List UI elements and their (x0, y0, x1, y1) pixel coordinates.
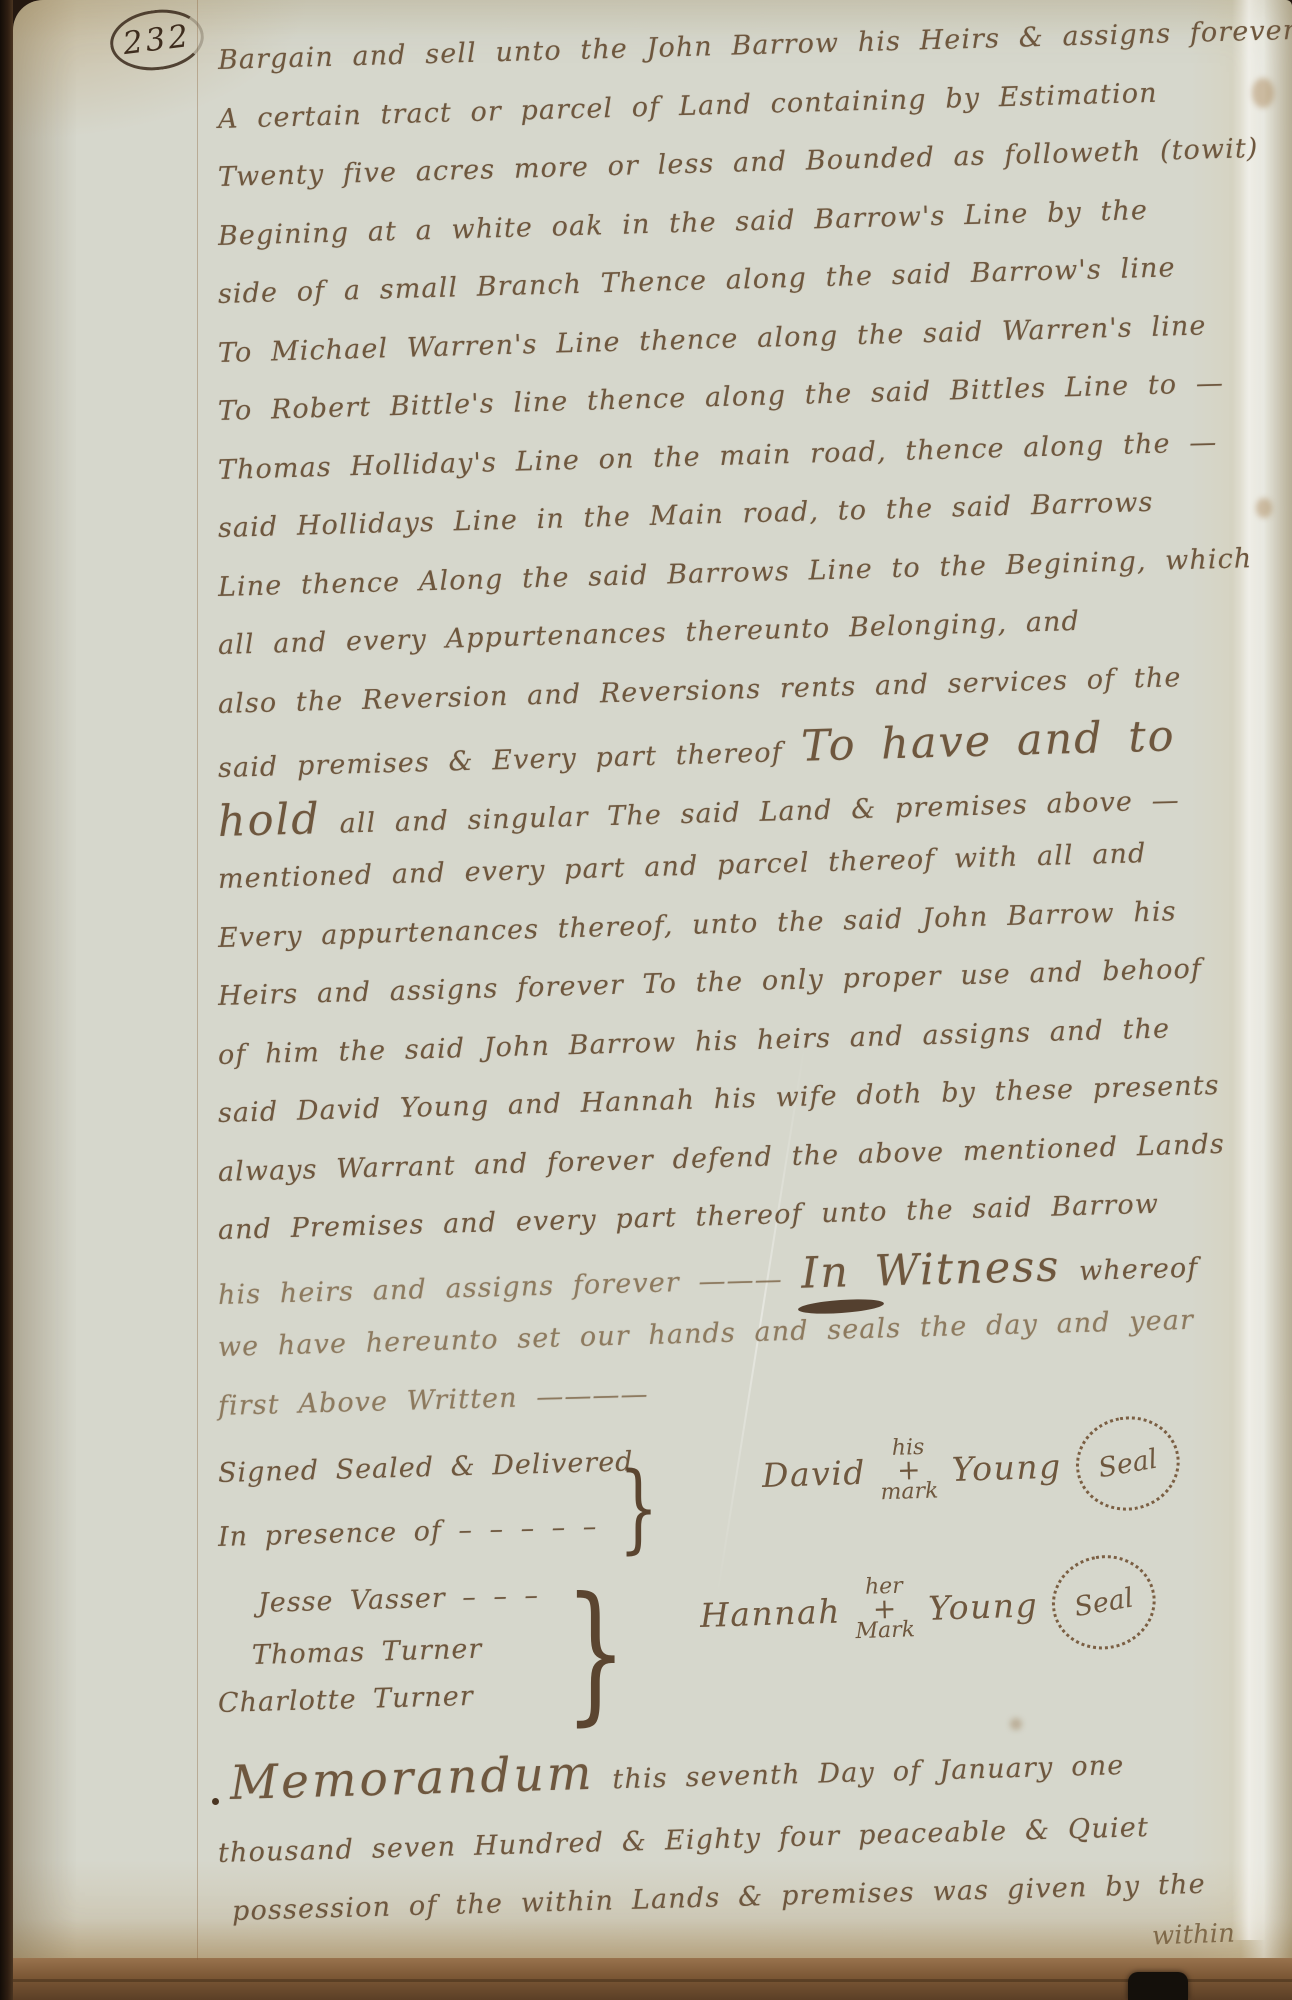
brace-icon: } (619, 1460, 659, 1556)
handwritten-text: whereof (1060, 1252, 1199, 1287)
signer-surname: Young (928, 1585, 1039, 1627)
seal-badge: Seal (1045, 1547, 1163, 1657)
signature-row: Hannah her + Mark Young Seal (699, 1554, 1158, 1662)
catchword: within (1152, 1919, 1236, 1952)
deed-book-page-scan: 232 Bargain and sell unto the John Barro… (0, 0, 1292, 2000)
mark-label: Mark (855, 1619, 915, 1643)
handwritten-text: hold (217, 794, 321, 847)
page-number: 232 (121, 18, 193, 62)
handwritten-text: To have and to (801, 711, 1177, 771)
brace-icon: } (565, 1578, 627, 1728)
ruled-margin-line (197, 0, 198, 1960)
memorandum-heading: Memorandum (229, 1746, 595, 1811)
signature-row: David his + mark Young Seal (761, 1415, 1181, 1522)
handwritten-text: In Witness (801, 1241, 1061, 1298)
seal-badge: Seal (1068, 1408, 1186, 1518)
mark-label: mark (880, 1480, 938, 1504)
wood-grain-line (0, 1979, 1292, 1982)
book-clasp (1128, 1972, 1188, 2000)
book-spine (0, 0, 13, 2000)
signature-mark: his + mark (879, 1436, 939, 1504)
signer-given-name: David (761, 1452, 866, 1494)
ink-dot (212, 1798, 219, 1805)
signer-surname: Young (951, 1446, 1062, 1488)
foxing-spot (1010, 1718, 1022, 1730)
witness-name: Thomas Turner (252, 1634, 483, 1671)
signature-mark: her + Mark (854, 1575, 916, 1643)
signer-given-name: Hannah (699, 1591, 841, 1634)
